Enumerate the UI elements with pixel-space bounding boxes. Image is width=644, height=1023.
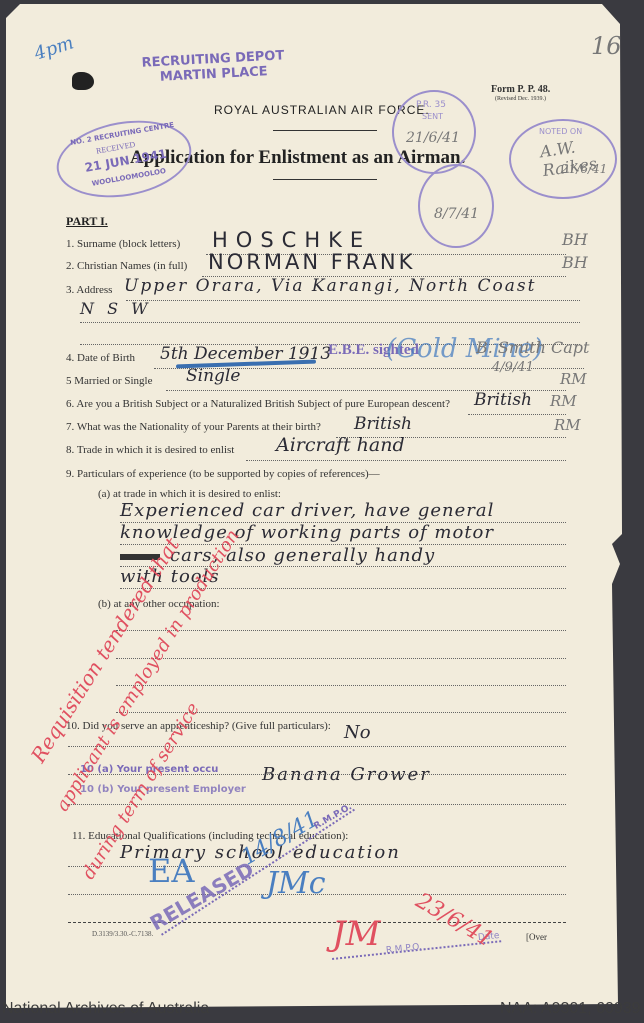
stamp-text: NOTED ON [539,127,582,136]
field-christian-names-value[interactable]: NORMAN FRANK [208,250,415,274]
rmpo-stamp: R.M.P.O. [386,942,423,956]
field-employer-label: 10 (b) Your present Employer [80,784,246,795]
field-british-subject-label: 6. Are you a British Subject or a Natura… [66,398,450,410]
field-address-value[interactable]: Upper Orara, Via Karangi, North Coast [124,276,536,296]
footer-reference: NAA: A9301, 60939 [500,1000,641,1018]
initials: RM [560,370,587,388]
footer-archive-name: National Archives of Australia [2,1000,209,1018]
field-experience-a-label: (a) at trade in which it is desired to e… [98,488,281,500]
smith-signature: B. Smith Capt [476,338,589,357]
field-line [68,922,566,923]
field-trade-label: 8. Trade in which it is desired to enlis… [66,444,234,456]
circle-stamp: 8/7/41 [418,164,494,248]
signature-top-date: 21/6/41 [561,162,607,176]
field-line [468,414,566,415]
print-code: D.3139/3.30.-C.7138. [92,930,153,938]
stamp-text: P.R. 35 [416,100,446,110]
field-line [80,322,580,323]
field-parents-nationality-label: 7. What was the Nationality of your Pare… [66,421,321,433]
received-stamp: NO. 2 RECRUITING CENTRE RECEIVED 21 JUN … [51,111,198,207]
red-date: 23/6/41 [411,888,497,952]
field-surname-value[interactable]: HOSCHKE [212,228,371,252]
field-surname-label: 1. Surname (block letters) [66,238,180,250]
field-apprenticeship-value[interactable]: No [344,722,371,743]
initials: RM [550,392,577,410]
field-line [126,300,580,301]
stamp-text: SENT [422,112,443,121]
red-signature: JM [332,914,380,954]
recruiting-depot-stamp: RECRUITING DEPOT MARTIN PLACE [141,48,285,85]
smith-date: 4/9/41 [492,360,534,375]
form-number: Form P. P. 48. [491,84,550,95]
corner-note: 4pm [32,32,77,64]
field-british-subject-value[interactable]: British [474,390,532,410]
field-marital-label: 5 Married or Single [66,375,152,387]
field-trade-value[interactable]: Aircraft hand [276,434,405,456]
page-number: 16 [591,32,622,60]
divider [273,179,377,180]
stamp-date: 8/7/41 [434,206,479,222]
field-experience-label: 9. Particulars of experience (to be supp… [66,468,380,480]
field-marital-value[interactable]: Single [186,366,240,386]
field-line [116,658,566,659]
divider [273,130,377,131]
field-christian-names-label: 2. Christian Names (in full) [66,260,187,272]
over-label: [Over [526,932,547,942]
field-occupation-value[interactable]: Banana Grower [262,764,431,785]
rmpo-side-stamp: R.M.P.O. [312,802,353,832]
initials: BH [562,253,588,272]
field-address-label: 3. Address [66,284,112,296]
field-dob-label: 4. Date of Birth [66,352,135,364]
form-revision: (Revised Dec. 1939.) [495,96,546,102]
field-parents-nationality-value[interactable]: British [354,414,412,434]
experience-line-2[interactable]: knowledge of working parts of motor [120,522,494,543]
blue-ea: EA [148,852,194,890]
pm-stamp: P.R. 35 SENT 21/6/41 [392,90,476,174]
initials: BH [562,230,588,249]
ink-blot [72,72,94,90]
field-line [246,460,566,461]
field-line [116,685,566,686]
stamp-date: 21/6/41 [406,130,460,146]
experience-line-1[interactable]: Experienced car driver, have general [120,500,494,521]
part-heading: PART I. [66,214,108,229]
blue-initials: JMc [266,866,326,901]
document-page: 4pm 16 RECRUITING DEPOT MARTIN PLACE For… [6,4,632,1008]
field-address-value-2[interactable]: N S W [80,299,152,318]
field-line [68,746,566,747]
initials: RM [554,416,581,434]
